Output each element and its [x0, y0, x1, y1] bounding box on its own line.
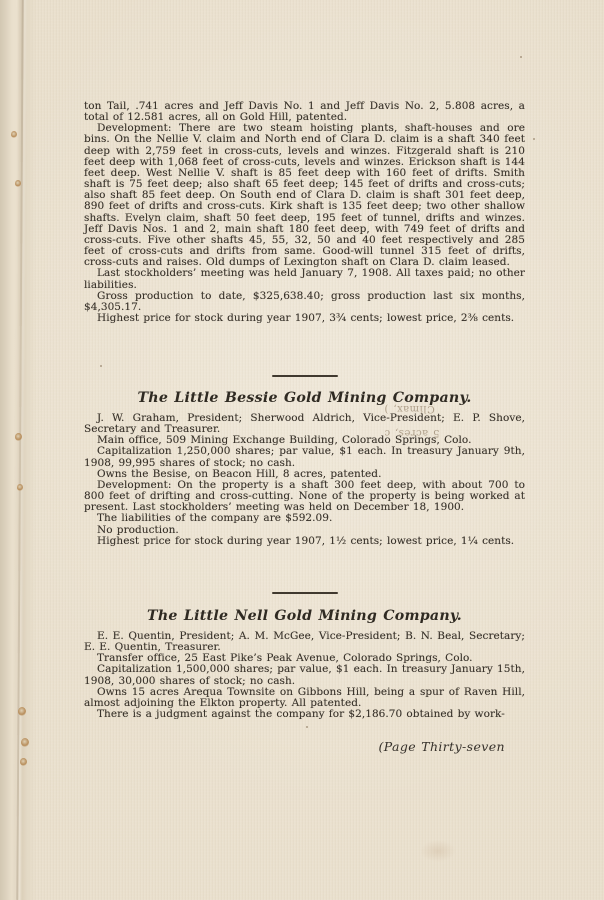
paragraph-acreage: ton Tail, .741 acres and Jeff Davis No. … [84, 101, 525, 123]
paragraph-development: Development: There are two steam hoistin… [84, 123, 525, 268]
heading-little-bessie: The Little Bessie Gold Mining Company. [84, 391, 525, 406]
section-continued-text: ton Tail, .741 acres and Jeff Davis No. … [84, 101, 525, 324]
page-number: (Page Thirty-seven [378, 741, 505, 752]
paragraph-property: Owns 15 acres Arequa Townsite on Gibbons… [84, 687, 525, 709]
section-little-bessie: J. W. Graham, President; Sherwood Aldric… [84, 413, 525, 547]
paragraph-officers: E. E. Quentin, President; A. M. McGee, V… [84, 631, 525, 653]
binding-hole [17, 484, 23, 491]
binding-hole [18, 707, 26, 716]
paragraph-capitalization: Capitalization 1,250,000 shares; par val… [84, 446, 525, 468]
binding-hole [21, 738, 29, 747]
heading-little-nell: The Little Nell Gold Mining Company. [84, 609, 525, 624]
section-divider [272, 375, 338, 377]
paragraph-gross-production: Gross production to date, $325,638.40; g… [84, 291, 525, 313]
paragraph-stockholders-meeting: Last stockholders’ meeting was held Janu… [84, 268, 525, 290]
paragraph-judgment: There is a judgment against the company … [84, 709, 525, 720]
paragraph-liabilities: The liabilities of the company are $592.… [84, 513, 525, 524]
binding-hole [15, 433, 22, 441]
paragraph-development: Development: On the property is a shaft … [84, 480, 525, 513]
ink-show-through: Climax, ) [384, 403, 435, 413]
section-little-nell: E. E. Quentin, President; A. M. McGee, V… [84, 631, 525, 720]
section-divider [272, 592, 338, 594]
binding-hole [15, 180, 21, 187]
ink-show-through: 5 acres, c [384, 427, 440, 437]
binding-hole [11, 131, 17, 138]
paragraph-stock-price: Highest price for stock during year 1907… [84, 313, 525, 324]
paper-speck [533, 138, 535, 140]
page-content: ton Tail, .741 acres and Jeff Davis No. … [84, 0, 525, 900]
paragraph-stock-price: Highest price for stock during year 1907… [84, 536, 525, 547]
paragraph-officers: J. W. Graham, President; Sherwood Aldric… [84, 413, 525, 435]
paragraph-capitalization: Capitalization 1,500,000 shares; par val… [84, 664, 525, 686]
book-page-scan: ton Tail, .741 acres and Jeff Davis No. … [0, 0, 604, 900]
binding-hole [20, 758, 27, 766]
